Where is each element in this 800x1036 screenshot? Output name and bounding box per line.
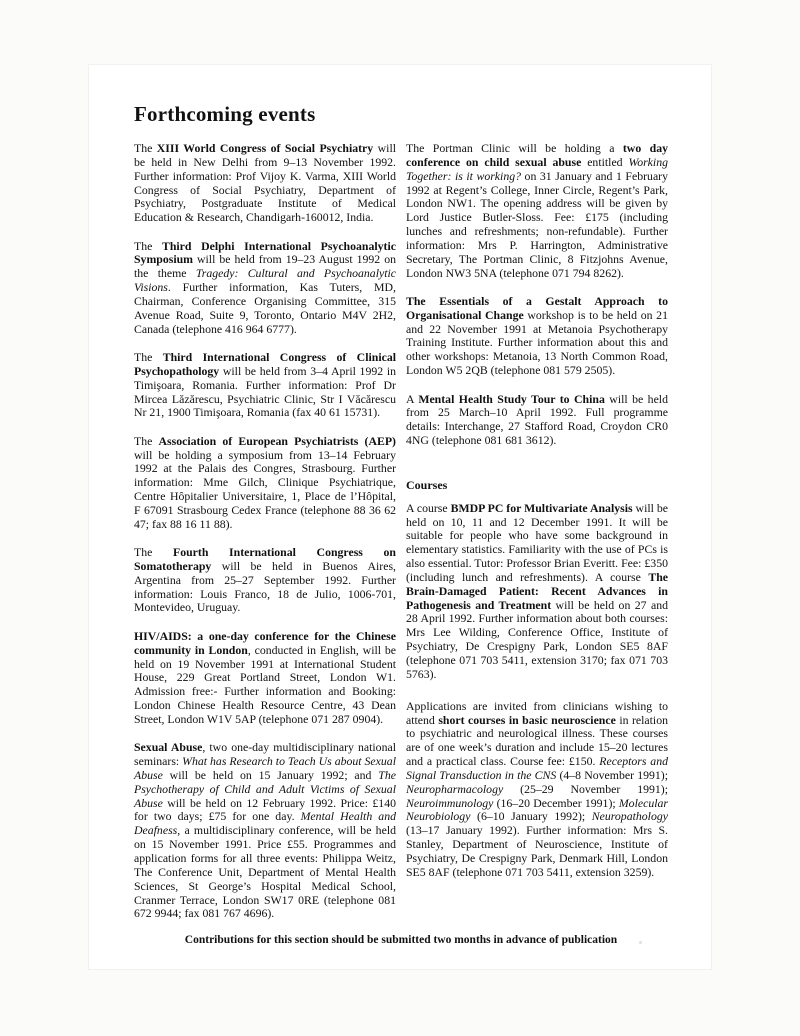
right-column: The Portman Clinic will be holding a two… (406, 142, 668, 921)
text-run: (16–20 December 1991); (493, 796, 618, 810)
page-title: Forthcoming events (134, 102, 668, 127)
text-run: (25–29 November 1991); (503, 782, 668, 796)
text-run: Courses (406, 478, 447, 492)
text-run: will be held on 15 January 1992; and (163, 768, 378, 782)
text-run: . Further information, Kas Tuters, MD, C… (134, 280, 396, 336)
text-run: XIII World Congress of Social Psychiatry (157, 141, 373, 155)
event-paragraph: A Mental Health Study Tour to China will… (406, 393, 668, 448)
text-run: The Portman Clinic will be holding a (406, 141, 623, 155)
text-run: (6–10 January 1992); (470, 809, 591, 823)
event-paragraph: Applications are invited from clinicians… (406, 700, 668, 880)
event-paragraph: HIV/AIDS: a one-day conference for the C… (134, 630, 396, 727)
event-paragraph: Sexual Abuse, two one-day multidisciplin… (134, 741, 396, 921)
section-heading: Courses (406, 479, 668, 493)
event-paragraph: The Third International Congress of Clin… (134, 351, 396, 420)
event-paragraph: The Association of European Psychiatrist… (134, 435, 396, 532)
event-paragraph: The Portman Clinic will be holding a two… (406, 142, 668, 280)
contributions-note: Contributions for this section should be… (134, 934, 668, 946)
text-run: will be holding a symposium from 13–14 F… (134, 448, 396, 531)
event-paragraph: The XIII World Congress of Social Psychi… (134, 142, 396, 225)
scan-artifact (639, 941, 642, 944)
page-content: Forthcoming events The XIII World Congre… (134, 102, 668, 946)
text-run: The (134, 434, 159, 448)
event-paragraph: The Third Delphi International Psychoana… (134, 240, 396, 337)
text-run: Neuroimmunology (406, 796, 493, 810)
event-paragraph: The Essentials of a Gestalt Approach to … (406, 295, 668, 378)
text-run: A course (406, 501, 451, 515)
text-run: The (134, 350, 163, 364)
text-run: Neuropathology (592, 809, 668, 823)
left-column: The XIII World Congress of Social Psychi… (134, 142, 396, 921)
text-run: entitled (581, 155, 628, 169)
text-run: Sexual Abuse (134, 740, 202, 754)
event-paragraph: A course BMDP PC for Multivariate Analys… (406, 502, 668, 682)
text-run: BMDP PC for Multivariate Analysis (451, 501, 633, 515)
journal-page: Forthcoming events The XIII World Congre… (88, 64, 712, 970)
event-paragraph: The Fourth International Congress on Som… (134, 546, 396, 615)
text-run: Mental Health Study Tour to China (418, 392, 605, 406)
text-run: A (406, 392, 418, 406)
text-run: on 31 January and 1 February 1992 at Reg… (406, 169, 668, 280)
text-run: The (134, 545, 173, 559)
text-run: short courses in basic neuroscience (438, 713, 616, 727)
text-run: Association of European Psychiatrists (A… (159, 434, 396, 448)
text-run: , a multidisciplinary conference, will b… (134, 823, 396, 920)
text-run: (13–17 January 1992). Further informatio… (406, 823, 668, 879)
text-run: (4–8 November 1991); (556, 768, 668, 782)
two-column-layout: The XIII World Congress of Social Psychi… (134, 142, 668, 921)
text-run: The (134, 239, 162, 253)
text-run: The (134, 141, 157, 155)
text-run: Neuropharmacology (406, 782, 503, 796)
